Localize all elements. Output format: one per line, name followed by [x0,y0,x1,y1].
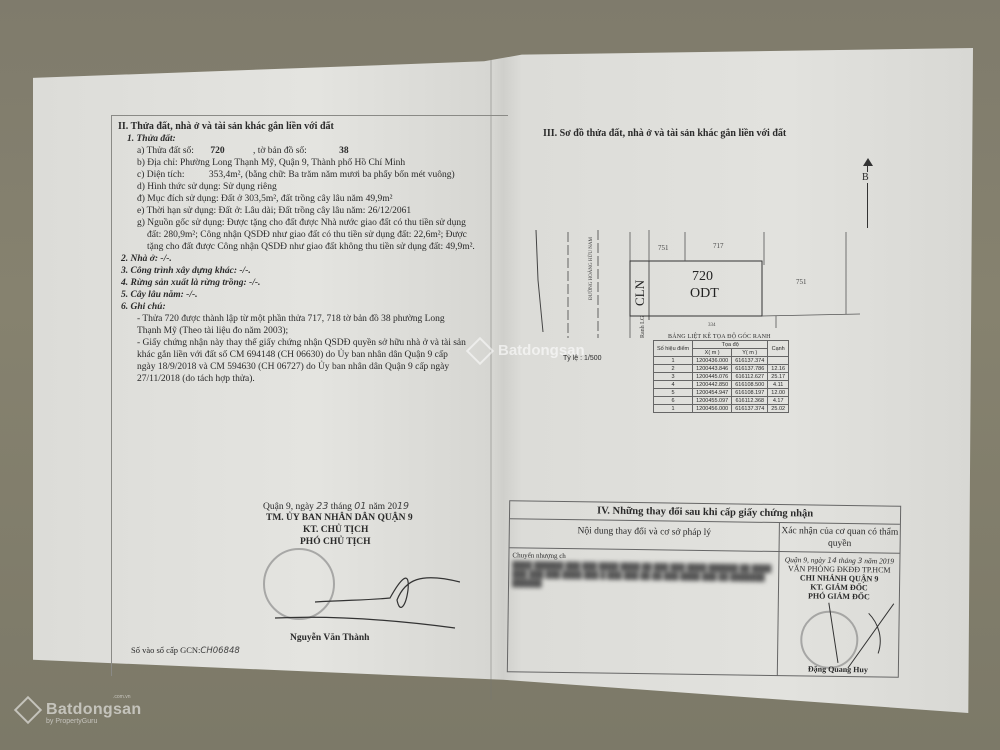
parcel-usage-term: e) Thời hạn sử dụng: Đất ở: Lâu dài; Đất… [137,206,411,218]
coord-row: 11200456.000616137.37425.02 [654,405,789,413]
watermark-center: Batdongsan [470,341,585,361]
parcel-area-label: c) Diện tích: [137,170,184,180]
coord-cell-point: 1 [654,357,693,365]
coord-row: 11200436.000616137.374 [654,357,789,365]
watermark-by: by PropertyGuru [46,718,141,725]
parcel-number-label: a) Thửa đất số: [137,146,194,156]
coord-cell-x: 1200455.097 [693,397,732,405]
batdongsan-logo-icon [14,696,42,724]
parcel-address: b) Địa chỉ: Phường Long Thạnh Mỹ, Quận 9… [137,158,405,170]
coord-cell-x: 1200445.076 [693,373,732,381]
coord-cell-point: 4 [654,381,693,389]
sign-day: 23 [316,501,328,512]
coord-cell-point: 5 [654,389,693,397]
neighbor-label: 751 [658,244,669,252]
note-line: khác gắn liền với đất số CM 694148 (CH 0… [137,350,448,362]
bottom-neighbor-label: 334 [708,323,716,328]
coord-cell-edge: 4.11 [768,381,789,389]
confirm-day: 14 [827,556,837,565]
section3-title: III. Sơ đồ thửa đất, nhà ở và tài sản kh… [543,128,786,140]
signature-icon [260,560,460,635]
register-value: CH06848 [200,646,239,656]
sign-date: Quận 9, ngày 23 tháng 01 năm 2019 [263,501,409,514]
watermark-domain: .com.vn [113,694,131,700]
parcel-origin-line1: g) Nguồn gốc sử dụng: Được tặng cho đất … [137,218,466,230]
col-y: Y( m ) [732,349,768,357]
sign-month: 01 [354,501,366,512]
authority-line1: TM. ỦY BAN NHÂN DÂN QUẬN 9 [266,513,413,525]
side-code-map: CLN [632,279,647,306]
confirm-year: năm 2019 [864,556,894,565]
confirmation-cell: Quận 9, ngày 14 tháng 3 năm 2019 VĂN PHÒ… [778,552,900,678]
neighbor-label: 751 [796,278,807,286]
road-label: ĐƯỜNG HOÀNG HỮU NAM [588,237,594,300]
coord-row: 41200442.850616108.5004.11 [654,381,789,389]
coordinate-table: Số hiệu điểm Tọa độ Cạnh X( m ) Y( m ) 1… [653,340,789,413]
coord-cell-y: 616108.500 [732,381,768,389]
coord-cell-edge: 25.02 [768,405,789,413]
coord-cell-y: 616137.374 [732,357,768,365]
change-content-cell: Chuyển nhượng ch ████ ██████ ███ ███ ███… [508,548,780,676]
parcel-usage-purpose: đ) Mục đích sử dụng: Đất ở 303,5m², đất … [137,194,392,206]
coord-cell-y: 616137.374 [732,405,768,413]
change-text-visible: Chuyển nhượng ch [512,551,565,560]
parcel-origin-line3: tặng cho đất được Công nhận QSDĐ như gia… [147,242,475,254]
coord-cell-y: 616112.627 [732,373,768,381]
authority-line2: KT. CHỦ TỊCH [303,525,368,537]
map-sheet-label: , tờ bản đồ số: [253,146,307,156]
coord-row: 61200455.097616112.3684.17 [654,397,789,405]
parcel-heading: 1. Thửa đất: [127,134,176,146]
coord-row: 21200443.846616137.78612.16 [654,365,789,373]
confirm-month: 3 [858,556,863,565]
item-production-forest: 4. Rừng sản xuất là rừng trồng: -/-. [121,278,260,290]
parcel-code-map: ODT [690,286,719,301]
coord-cell-point: 3 [654,373,693,381]
note-line: 27/11/2018 (do tách hợp thửa). [137,374,255,386]
parcel-area-row: c) Diện tích: 353,4m², (bằng chữ: Ba tră… [137,170,455,182]
coord-row: 31200445.076616112.62725.17 [654,373,789,381]
confirm-signer: Đặng Quang Huy [778,664,898,675]
col-edge: Cạnh [768,341,789,357]
coord-cell-y: 616137.786 [732,365,768,373]
note-line: - Giấy chứng nhận này thay thế giấy chứn… [137,338,466,350]
section2-title: II. Thửa đất, nhà ở và tài sản khác gắn … [118,121,334,133]
coord-cell-edge: 12.16 [768,365,789,373]
coord-cell-x: 1200456.000 [693,405,732,413]
confirm-signature-icon [808,592,899,673]
sign-date-prefix: Quận 9, ngày [263,502,314,512]
note-line: ngày 18/9/2018 và CM 594630 (CH 06727) d… [137,362,449,374]
section4-changes-table: IV. Những thay đổi sau khi cấp giấy chứn… [507,500,901,677]
parcel-origin-line2: đất: 280,9m²; Công nhận QSDĐ như giao đấ… [147,230,467,242]
parcel-number-row: a) Thửa đất số: 720 , tờ bản đồ số: 38 [137,146,349,158]
sign-year-label: năm 20 [369,502,397,512]
coord-cell-edge: 12.00 [768,389,789,397]
coord-row: 51200454.947616108.19712.00 [654,389,789,397]
col-point: Số hiệu điểm [654,341,693,357]
parcel-number-map: 720 [692,269,713,284]
coord-cell-point: 2 [654,365,693,373]
register-number: Số vào sổ cấp GCN:CH06848 [131,645,240,658]
note-line: - Thửa 720 được thành lập từ một phần th… [137,314,445,326]
coord-cell-x: 1200454.947 [693,389,732,397]
coord-cell-edge: 25.17 [768,373,789,381]
coord-cell-x: 1200436.000 [693,357,732,365]
sign-month-label: tháng [331,502,352,512]
register-label: Số vào sổ cấp GCN: [131,645,200,655]
col-coords: Tọa độ [693,341,768,349]
coord-cell-x: 1200442.850 [693,381,732,389]
map-sheet-value: 38 [339,146,349,156]
watermark-corner: Batdongsan .com.vn by PropertyGuru [18,700,141,725]
redacted-change-text: ████ ██████ ███ ███ ████ ████ ██ ███ ███… [512,561,775,592]
authority-line3: PHÓ CHỦ TỊCH [300,537,371,549]
signer-name: Nguyễn Văn Thành [290,633,369,645]
item-house: 2. Nhà ở: -/-. [121,254,172,266]
north-label: B [862,172,869,183]
sign-year-suffix: 19 [397,501,409,512]
coord-cell-y: 616112.368 [732,397,768,405]
parcel-number-value: 720 [210,146,224,156]
coord-cell-y: 616108.197 [732,389,768,397]
coord-cell-x: 1200443.846 [693,365,732,373]
watermark-brand: Batdongsan [498,342,585,359]
parcel-area-value: 353,4m², (bằng chữ: Ba trăm năm mươi ba … [209,170,455,180]
coord-cell-edge: 4.17 [768,397,789,405]
col-x: X( m ) [693,349,732,357]
parcel-usage-form: d) Hình thức sử dụng: Sử dụng riêng [137,182,277,194]
notes-heading: 6. Ghi chú: [121,302,166,314]
neighbor-label: 717 [713,242,724,250]
batdongsan-logo-icon [466,337,494,365]
ditch-label: Ranh LG [640,315,646,338]
coord-cell-point: 6 [654,397,693,405]
parcel-map: ĐƯỜNG HOÀNG HỮU NAM Ranh LG 720 ODT CLN … [530,220,870,340]
coord-cell-edge [768,357,789,365]
changes-col-header: Nội dung thay đổi và cơ sở pháp lý [510,519,780,551]
coord-cell-point: 1 [654,405,693,413]
watermark-brand: Batdongsan [46,701,141,718]
confirm-col-header: Xác nhận của cơ quan có thẩm quyền [780,523,900,553]
note-line: Thạnh Mỹ (Theo tài liệu đo năm 2003); [137,326,288,338]
item-other-construction: 3. Công trình xây dựng khác: -/-. [121,266,251,278]
confirm-month-label: tháng [839,556,856,565]
item-perennial-trees: 5. Cây lâu năm: -/-. [121,290,198,302]
